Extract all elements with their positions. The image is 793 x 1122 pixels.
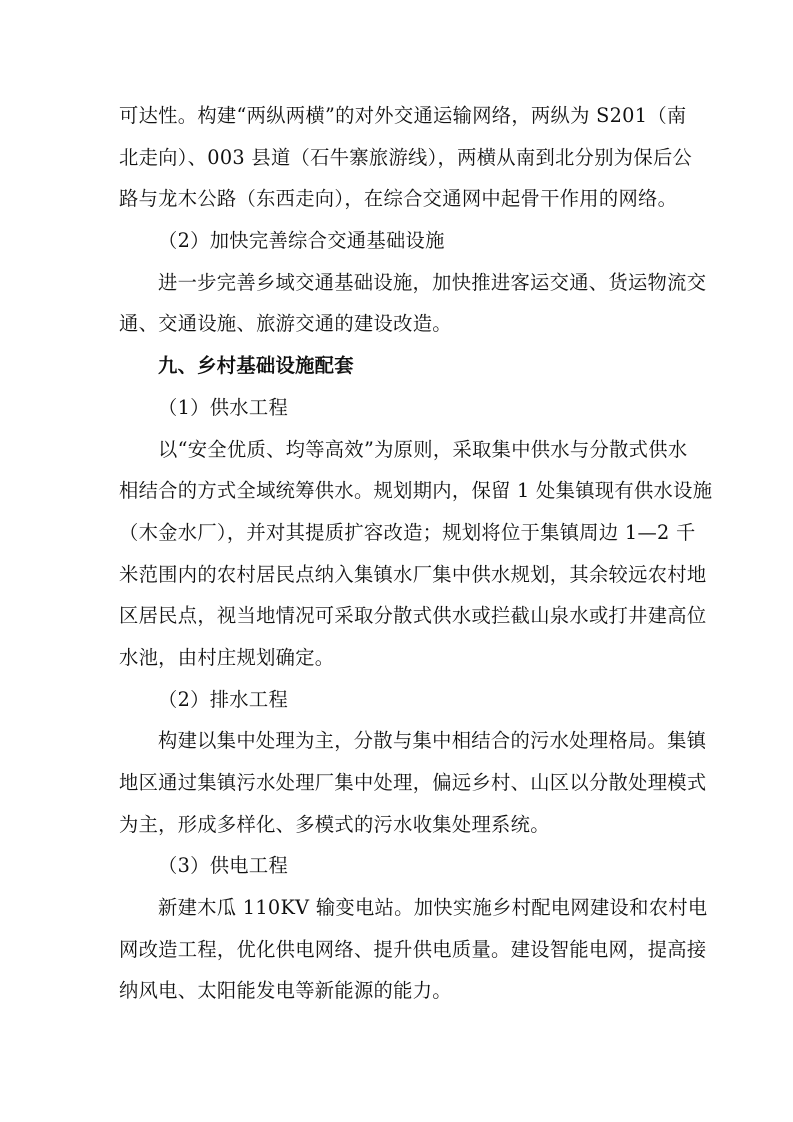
paragraph-transport-infrastructure: 进一步完善乡域交通基础设施，加快推进客运交通、货运物流交 通、交通设施、旅游交通… xyxy=(119,262,675,345)
subheading-transport-infrastructure: （2）加快完善综合交通基础设施 xyxy=(119,220,675,262)
text-line: 可达性。构建“两纵两横”的对外交通运输网络，两纵为 S201（南 xyxy=(119,95,675,137)
text-line: 米范围内的农村居民点纳入集镇水厂集中供水规划，其余较远农村地 xyxy=(119,554,675,596)
paragraph-drainage: 构建以集中处理为主，分散与集中相结合的污水处理格局。集镇 地区通过集镇污水处理厂… xyxy=(119,720,675,845)
text-line: 以“安全优质、均等高效”为原则，采取集中供水与分散式供水 xyxy=(119,429,675,471)
text-line: 地区通过集镇污水处理厂集中处理，偏远乡村、山区以分散处理模式 xyxy=(119,762,675,804)
text-line: 路与龙木公路（东西走向），在综合交通网中起骨干作用的网络。 xyxy=(119,178,675,220)
paragraph-water-supply: 以“安全优质、均等高效”为原则，采取集中供水与分散式供水 相结合的方式全域统筹供… xyxy=(119,429,675,679)
text-line: 通、交通设施、旅游交通的建设改造。 xyxy=(119,303,675,345)
subheading-power-supply: （3）供电工程 xyxy=(119,845,675,887)
subheading-drainage: （2）排水工程 xyxy=(119,679,675,721)
text-line: （木金水厂），并对其提质扩容改造；规划将位于集镇周边 1—2 千 xyxy=(119,512,675,554)
text-line: 水池，由村庄规划确定。 xyxy=(119,637,675,679)
document-page: 可达性。构建“两纵两横”的对外交通运输网络，两纵为 S201（南 北走向）、00… xyxy=(119,95,675,1012)
text-line: 网改造工程，优化供电网络、提升供电质量。建设智能电网，提高接 xyxy=(119,929,675,971)
text-line: 构建以集中处理为主，分散与集中相结合的污水处理格局。集镇 xyxy=(119,720,675,762)
text-line: 为主，形成多样化、多模式的污水收集处理系统。 xyxy=(119,804,675,846)
text-line: 区居民点，视当地情况可采取分散式供水或拦截山泉水或打井建高位 xyxy=(119,595,675,637)
paragraph-power-supply: 新建木瓜 110KV 输变电站。加快实施乡村配电网建设和农村电 网改造工程，优化… xyxy=(119,887,675,1012)
subheading-water-supply: （1）供水工程 xyxy=(119,387,675,429)
text-line: 相结合的方式全域统筹供水。规划期内，保留 1 处集镇现有供水设施 xyxy=(119,470,675,512)
text-line: 北走向）、003 县道（石牛寨旅游线），两横从南到北分别为保后公 xyxy=(119,137,675,179)
text-line: 新建木瓜 110KV 输变电站。加快实施乡村配电网建设和农村电 xyxy=(119,887,675,929)
text-line: 进一步完善乡域交通基础设施，加快推进客运交通、货运物流交 xyxy=(119,262,675,304)
section-heading-rural-infrastructure: 九、乡村基础设施配套 xyxy=(119,345,675,387)
text-line: 纳风电、太阳能发电等新能源的能力。 xyxy=(119,970,675,1012)
paragraph-transport-network: 可达性。构建“两纵两横”的对外交通运输网络，两纵为 S201（南 北走向）、00… xyxy=(119,95,675,220)
